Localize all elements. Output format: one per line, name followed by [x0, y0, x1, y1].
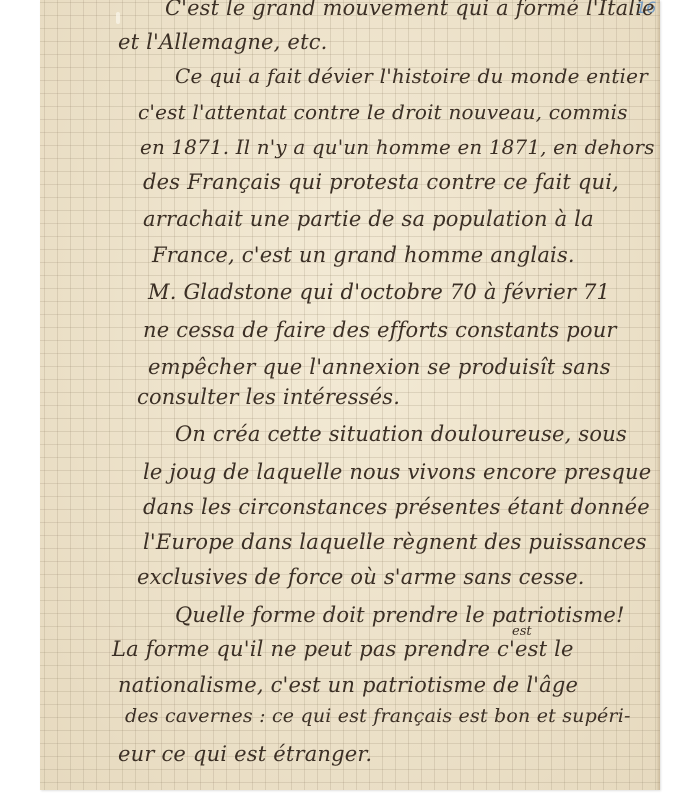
text-line: C'est le grand mouvement qui a formé l'I… — [165, 0, 655, 20]
text-line: nationalisme, c'est un patriotisme de l'… — [118, 673, 578, 697]
text-line: La forme qu'il ne peut pas prendre c'est… — [112, 637, 574, 661]
text-line: l'Europe dans laquelle règnent des puiss… — [143, 530, 647, 554]
text-line: et l'Allemagne, etc. — [118, 30, 328, 54]
text-line: en 1871. Il n'y a qu'un homme en 1871, e… — [140, 135, 655, 159]
text-line: ne cessa de faire des efforts constants … — [143, 318, 617, 342]
text-line: Ce qui a fait dévier l'histoire du monde… — [175, 64, 648, 88]
text-line: M. Gladstone qui d'octobre 70 à février … — [148, 280, 610, 304]
text-line: des Français qui protesta contre ce fait… — [143, 170, 619, 194]
text-line: empêcher que l'annexion se produisît san… — [148, 355, 611, 379]
text-line: consulter les intéressés. — [137, 385, 400, 409]
inserted-word: est — [512, 624, 532, 639]
text-line: exclusives de force où s'arme sans cesse… — [137, 565, 585, 589]
text-line: Quelle forme doit prendre le patriotisme… — [175, 603, 625, 627]
text-line: c'est l'attentat contre le droit nouveau… — [138, 100, 628, 124]
text-line: France, c'est un grand homme anglais. — [152, 243, 575, 267]
text-line: des cavernes : ce qui est français est b… — [125, 705, 631, 727]
pin-hole — [116, 12, 120, 24]
text-line: le joug de laquelle nous vivons encore p… — [143, 460, 651, 484]
text-line: dans les circonstances présentes étant d… — [143, 495, 650, 519]
text-line: eur ce qui est étranger. — [118, 742, 372, 766]
text-line: On créa cette situation douloureuse, sou… — [175, 422, 627, 446]
text-line: arrachait une partie de sa population à … — [143, 207, 594, 231]
